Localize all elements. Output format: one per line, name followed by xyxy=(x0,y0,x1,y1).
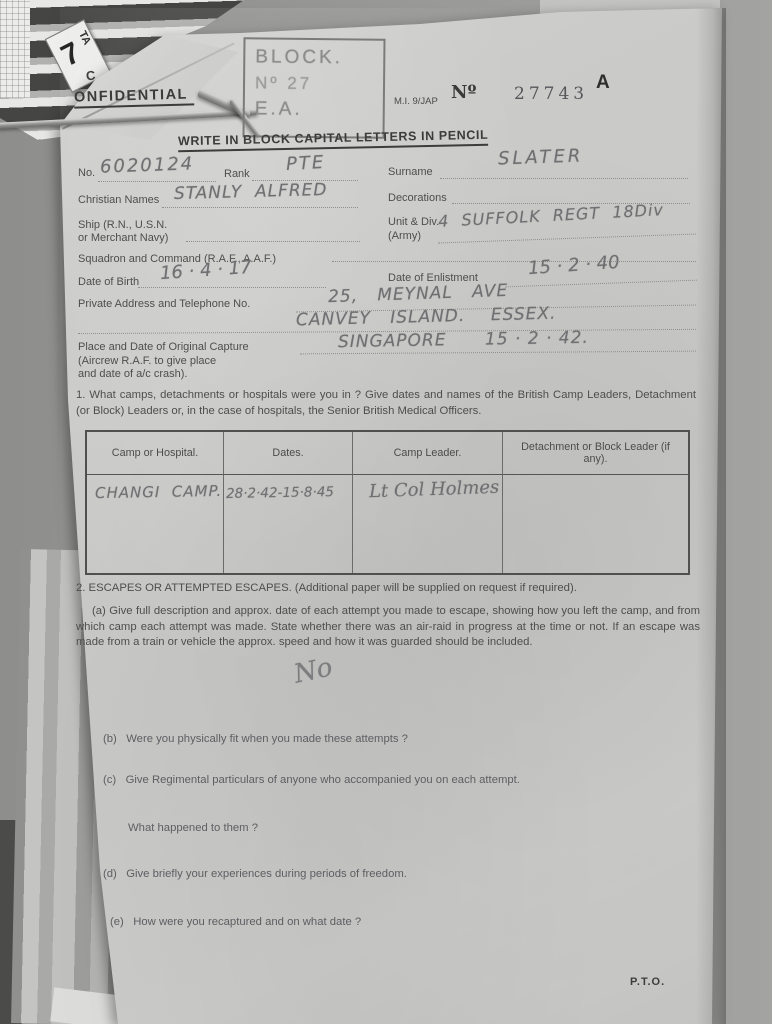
field-value-unit-div: 4 SUFFOLK REGT 18Div xyxy=(438,200,665,231)
table-header-leader: Camp Leader. xyxy=(353,432,503,475)
field-value-no: 6020124 xyxy=(100,153,195,177)
field-label-capture-1: Place and Date of Original Capture xyxy=(78,341,249,353)
question-2c: (c) Give Regimental particulars of anyon… xyxy=(103,774,520,786)
table-row-cell-camp: CHANGI CAMP. xyxy=(87,475,224,573)
field-line-enlistment xyxy=(505,280,697,288)
question-1: 1. What camps, detachments or hospitals … xyxy=(76,388,696,419)
field-label-rank: Rank xyxy=(224,168,250,180)
confidential-marking: ONFIDENTIAL xyxy=(74,86,194,108)
table-row-cell-detachment xyxy=(503,475,688,573)
question-2d: (d) Give briefly your experiences during… xyxy=(103,868,407,880)
pto-marking: P.T.O. xyxy=(630,976,665,988)
table-row-cell-leader: Lt Col Holmes xyxy=(353,475,503,573)
field-value-address-1: 25, MEYNAL AVE xyxy=(328,281,509,307)
block-number-stamp: BLOCK. Nº 27 E.A. xyxy=(242,37,385,138)
stamp-line2: Nº 27 xyxy=(255,71,383,97)
table-header-detachment: Detachment or Block Leader (if any). xyxy=(503,432,688,475)
question-2b: (b) Were you physically fit when you mad… xyxy=(103,733,408,745)
field-value-capture: SINGAPORE 15 · 2 · 42. xyxy=(338,328,589,352)
field-label-unit-div-2: (Army) xyxy=(388,230,421,242)
table-value-leader: Lt Col Holmes xyxy=(369,477,500,503)
field-label-capture-2: (Aircrew R.A.F. to give place xyxy=(78,355,216,367)
field-line-no xyxy=(98,181,216,182)
field-line-christian-names xyxy=(162,207,358,208)
field-line-squadron xyxy=(332,261,696,262)
field-label-capture-3: and date of a/c crash). xyxy=(78,368,187,380)
table-value-camp: CHANGI CAMP. xyxy=(95,482,223,502)
confidential-fragment: C xyxy=(85,67,96,83)
form-content: C ONFIDENTIAL BLOCK. Nº 27 E.A. M.I. 9/J… xyxy=(0,0,772,1024)
field-value-christian-names: STANLY ALFRED xyxy=(174,180,328,204)
field-label-surname: Surname xyxy=(388,166,433,178)
question-2e: (e) How were you recaptured and on what … xyxy=(110,916,361,928)
field-line-dob xyxy=(138,287,326,288)
field-value-enlistment: 15 · 2 · 40 xyxy=(527,252,620,279)
field-label-address: Private Address and Telephone No. xyxy=(78,298,250,310)
stamp-line1: BLOCK. xyxy=(255,43,383,72)
field-value-address-2: CANVEY ISLAND. ESSEX. xyxy=(296,304,557,331)
number-symbol: Nº xyxy=(451,82,476,103)
field-line-ship xyxy=(186,241,360,242)
camps-table: Camp or Hospital. Dates. Camp Leader. De… xyxy=(85,430,690,575)
series-letter: A xyxy=(596,72,610,94)
field-label-unit-div-1: Unit & Div. xyxy=(388,216,439,228)
mi-reference: M.I. 9/JAP xyxy=(394,96,438,107)
answer-2a: No xyxy=(291,652,335,689)
question-2c-followup: What happened to them ? xyxy=(128,822,258,834)
field-label-dob: Date of Birth xyxy=(78,276,139,288)
field-value-rank: PTE xyxy=(285,152,325,175)
field-label-ship-2: or Merchant Navy) xyxy=(78,232,168,244)
table-value-dates: 28·2·42-15·8·45 xyxy=(226,484,334,502)
field-label-christian-names: Christian Names xyxy=(78,194,159,206)
question-2a: (a) Give full description and approx. da… xyxy=(76,604,700,651)
question-2-heading: 2. ESCAPES OR ATTEMPTED ESCAPES. (Additi… xyxy=(76,581,698,597)
table-row-cell-dates: 28·2·42-15·8·45 xyxy=(224,475,353,573)
scanned-pow-questionnaire: 7 TA C ONFIDENTIAL BLOCK. Nº 27 E.A. M.I… xyxy=(0,0,772,1024)
field-line-surname xyxy=(440,178,688,179)
table-header-dates: Dates. xyxy=(224,432,353,475)
table-header-camp: Camp or Hospital. xyxy=(87,432,224,475)
serial-number: 27743 xyxy=(514,84,588,104)
field-label-decorations: Decorations xyxy=(388,192,447,204)
field-value-surname: SLATER xyxy=(498,146,584,170)
field-label-no: No. xyxy=(78,167,95,179)
block-capitals-instruction: WRITE IN BLOCK CAPITAL LETTERS IN PENCIL xyxy=(178,128,489,152)
stamp-line3: E.A. xyxy=(255,96,383,125)
field-label-ship-1: Ship (R.N., U.S.N. xyxy=(78,219,167,231)
field-line-unit-div xyxy=(438,233,696,243)
